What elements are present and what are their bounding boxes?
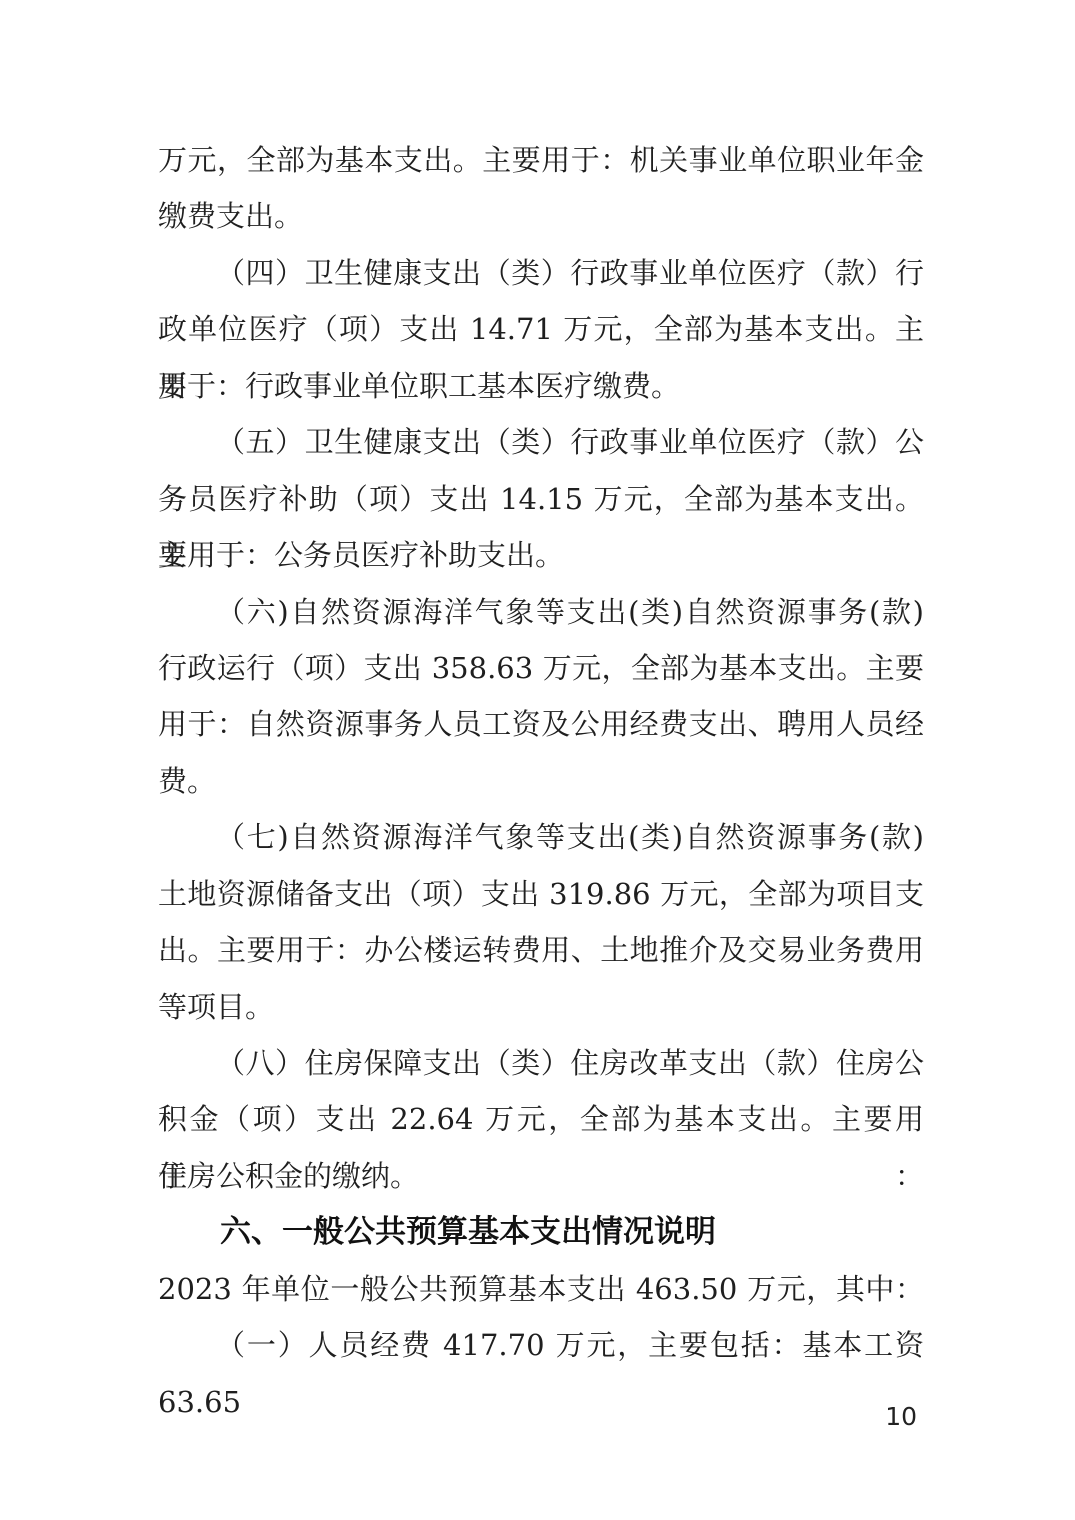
page-number: 10 (885, 1402, 917, 1432)
text-line: 务员医疗补助（项）支出 14.15 万元，全部为基本支出。主 (158, 471, 924, 527)
text-line: 积金（项）支出 22.64 万元，全部为基本支出。主要用于： (158, 1091, 924, 1147)
text-line: 政单位医疗（项）支出 14.71 万元，全部为基本支出。主要 (158, 301, 924, 357)
text-line: （一）人员经费 417.70 万元，主要包括：基本工资 63.65 (158, 1317, 924, 1373)
text-line: 缴费支出。 (158, 188, 924, 244)
text-line: 2023 年单位一般公共预算基本支出 463.50 万元，其中： (158, 1261, 924, 1317)
text-line: （五）卫生健康支出（类）行政事业单位医疗（款）公 (158, 414, 924, 470)
text-line: 用于：自然资源事务人员工资及公用经费支出、聘用人员经 (158, 696, 924, 752)
text-line: （八）住房保障支出（类）住房改革支出（款）住房公 (158, 1035, 924, 1091)
text-line: 费。 (158, 753, 924, 809)
text-line: 万元，全部为基本支出。主要用于：机关事业单位职业年金 (158, 132, 924, 188)
text-line: （七)自然资源海洋气象等支出(类)自然资源事务(款) (158, 809, 924, 865)
document-page: 万元，全部为基本支出。主要用于：机关事业单位职业年金缴费支出。（四）卫生健康支出… (0, 0, 1075, 1520)
text-line: 行政运行（项）支出 358.63 万元，全部为基本支出。主要 (158, 640, 924, 696)
text-line: （六)自然资源海洋气象等支出(类)自然资源事务(款) (158, 584, 924, 640)
text-block: 万元，全部为基本支出。主要用于：机关事业单位职业年金缴费支出。（四）卫生健康支出… (158, 132, 924, 1374)
text-line: 土地资源储备支出（项）支出 319.86 万元，全部为项目支 (158, 866, 924, 922)
section-heading: 六、一般公共预算基本支出情况说明 (158, 1204, 924, 1260)
text-line: 用于：行政事业单位职工基本医疗缴费。 (158, 358, 924, 414)
text-line: 要用于：公务员医疗补助支出。 (158, 527, 924, 583)
text-line: 出。主要用于：办公楼运转费用、土地推介及交易业务费用 (158, 922, 924, 978)
text-line: 等项目。 (158, 979, 924, 1035)
text-line: （四）卫生健康支出（类）行政事业单位医疗（款）行 (158, 245, 924, 301)
